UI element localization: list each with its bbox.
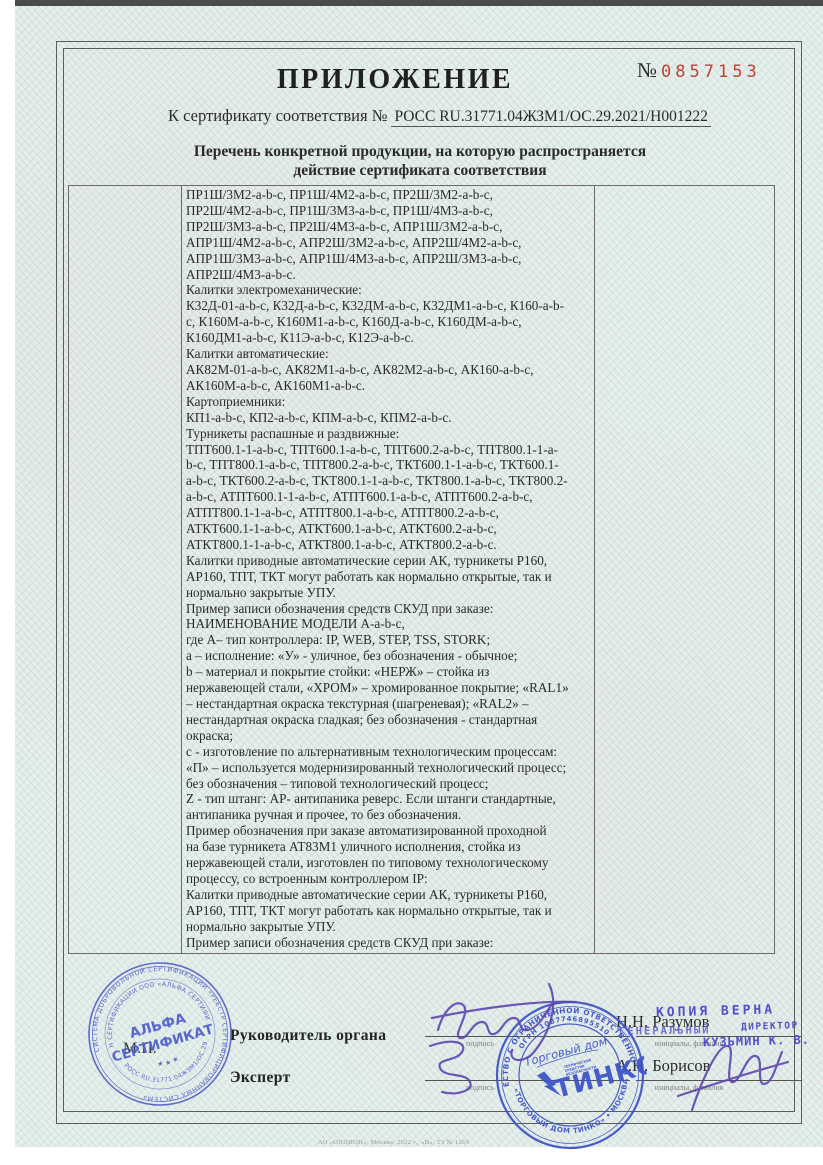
product-line: ПР1Ш/3М2-a-b-c, ПР1Ш/4М2-a-b-c, ПР2Ш/3М2… [186, 187, 592, 203]
product-line: процессу, со встроенным контроллером IP: [186, 871, 592, 887]
doc-number: № 0857153 [637, 58, 761, 83]
product-line: Пример записи обозначения средств СКУД п… [186, 935, 592, 951]
product-line: – нестандартная окраска текстурная (шагр… [186, 696, 592, 712]
product-line: Калитки автоматические: [186, 346, 592, 362]
product-line: Пример записи обозначения средств СКУД п… [186, 601, 592, 617]
product-line: a-b-c, ТКТ600.2-a-b-c, ТКТ800.1-1-a-b-c,… [186, 473, 592, 489]
product-line: АР160, ТПТ, ТКТ могут работать как норма… [186, 569, 592, 585]
cert-reference-number: РОСС RU.31771.04ЖЗМ1/ОС.29.2021/Н001222 [391, 108, 710, 127]
product-line: Z - тип штанг: АР- антипаника реверс. Ес… [186, 791, 592, 807]
product-line: без обозначения – типовой технологически… [186, 776, 592, 792]
product-line: антипаника ручная и прочее, то без обозн… [186, 807, 592, 823]
product-line: КП1-a-b-c, КП2-a-b-c, КПМ-a-b-c, КПМ2-a-… [186, 410, 592, 426]
product-line: b-c, ТПТ800.1-a-b-c, ТПТ800.2-a-b-c, ТКТ… [186, 457, 592, 473]
copy-stamp-line-2: ДИРЕКТОР [741, 1020, 799, 1033]
product-line: Калитки электромеханические: [186, 282, 592, 298]
products-table: ПР1Ш/3М2-a-b-c, ПР1Ш/4М2-a-b-c, ПР2Ш/3М2… [68, 185, 775, 954]
product-line: a-b-c, АТПТ600.1-1-a-b-c, АТПТ600.1-a-b-… [186, 489, 592, 505]
product-line: АТКТ600.1-1-a-b-c, АТКТ600.1-a-b-c, АТКТ… [186, 521, 592, 537]
cert-reference-row: К сертификату соответствия № РОСС RU.317… [168, 106, 808, 126]
product-line: Калитки приводные автоматические серии А… [186, 887, 592, 903]
product-line: АК82М-01-a-b-c, АК82М1-a-b-c, АК82М2-a-b… [186, 362, 592, 378]
product-line: Картоприемники: [186, 394, 592, 410]
product-line: нестандартная окраска гладкая; без обозн… [186, 712, 592, 728]
product-line: b – материал и покрытие стойки: «НЕРЖ» –… [186, 664, 592, 680]
product-line: АТКТ800.1-1-a-b-c, АТКТ800.1-a-b-c, АТКТ… [186, 537, 592, 553]
printer-imprint: АО «ОПЦИОН», Москва, 2022 г., «В», ТЗ № … [318, 1139, 469, 1146]
product-line: К32Д-01-a-b-c, К32Д-a-b-c, К32ДМ-a-b-c, … [186, 298, 592, 314]
head-of-body-label: Руководитель органа [230, 1027, 386, 1045]
product-line: Пример обозначения при заказе автоматизи… [186, 823, 592, 839]
alfa-stars: ★ ★ ★ [155, 1054, 181, 1070]
product-line: АТПТ800.1-1-a-b-c, АТПТ800.1-a-b-c, АТПТ… [186, 505, 592, 521]
table-divider-left [181, 186, 182, 953]
product-line: АК160М-a-b-c, АК160М1-a-b-c. [186, 378, 592, 394]
products-list-cell: ПР1Ш/3М2-a-b-c, ПР1Ш/4М2-a-b-c, ПР2Ш/3М2… [186, 187, 592, 951]
product-line: нормально закрытые УПУ. [186, 919, 592, 935]
page-title: ПРИЛОЖЕНИЕ [180, 64, 610, 96]
product-line: АПР1Ш/4М2-a-b-c, АПР2Ш/3М2-a-b-c, АПР2Ш/… [186, 235, 592, 251]
subtitle-line-2: действие сертификата соответствия [100, 161, 740, 180]
product-line: НАИМЕНОВАНИЕ МОДЕЛИ А-a-b-c, [186, 616, 592, 632]
copy-stamp-line-1: КОПИЯ ВЕРНА [656, 1002, 775, 1020]
product-line: АПР1Ш/3М3-a-b-c, АПР1Ш/4М3-a-b-c, АПР2Ш/… [186, 251, 592, 267]
name-line-2 [636, 1080, 802, 1081]
product-line: c, К160М-a-b-c, К160М1-a-b-c, К160Д-a-b-… [186, 314, 592, 330]
product-line: «П» – используется модернизированный тех… [186, 760, 592, 776]
certificate-appendix-page: ПРИЛОЖЕНИЕ № 0857153 К сертификату соотв… [0, 0, 823, 1165]
doc-number-value: 0857153 [661, 62, 761, 82]
product-line: Калитки приводные автоматические серии А… [186, 553, 592, 569]
product-line: АПР2Ш/4М3-a-b-c. [186, 267, 592, 283]
table-divider-right [594, 186, 595, 953]
product-line: нержавеющей стали, изготовлен по типовом… [186, 855, 592, 871]
tinko-round-stamp: ОБЩЕСТВО С ОГРАНИЧЕННОЙ ОТВЕТСТВЕННОСТЬЮ… [483, 988, 657, 1162]
product-line: ТПТ600.1-1-a-b-c, ТПТ600.1-a-b-c, ТПТ600… [186, 442, 592, 458]
product-line: ПР2Ш/4М2-a-b-c, ПР1Ш/3М3-a-b-c, ПР1Ш/4М3… [186, 203, 592, 219]
product-line: К160ДМ1-a-b-c, К11Э-a-b-c, К12Э-a-b-c. [186, 330, 592, 346]
product-line: окраска; [186, 728, 592, 744]
cert-reference-label: К сертификату соответствия № [168, 106, 387, 125]
product-line: ПР2Ш/3М3-a-b-c, ПР2Ш/4М3-a-b-c, АПР1Ш/3М… [186, 219, 592, 235]
svg-text:★ ★ ★: ★ ★ ★ [155, 1054, 181, 1070]
name-caption-2: инициалы, фамилия [633, 1083, 745, 1092]
subtitle: Перечень конкретной продукции, на котору… [100, 142, 740, 180]
numero-sign: № [637, 58, 657, 82]
product-line: на базе турникета АТ83М1 уличного исполн… [186, 839, 592, 855]
product-line: нержавеющей стали, «ХРОМ» – хромированно… [186, 680, 592, 696]
product-line: где А– тип контроллера: IP, WEB, STEP, T… [186, 632, 592, 648]
product-line: a – исполнение: «У» - уличное, без обозн… [186, 648, 592, 664]
product-line: c - изготовление по альтернативным техно… [186, 744, 592, 760]
product-line: Турникеты распашные и раздвижные: [186, 426, 592, 442]
scan-edge-strip [15, 0, 823, 6]
product-line: АР160, ТПТ, ТКТ могут работать как норма… [186, 903, 592, 919]
product-line: нормально закрытые УПУ. [186, 585, 592, 601]
copy-stamp-line-3: КУЗЬМИН К. В. [703, 1033, 810, 1050]
subtitle-line-1: Перечень конкретной продукции, на котору… [100, 142, 740, 161]
